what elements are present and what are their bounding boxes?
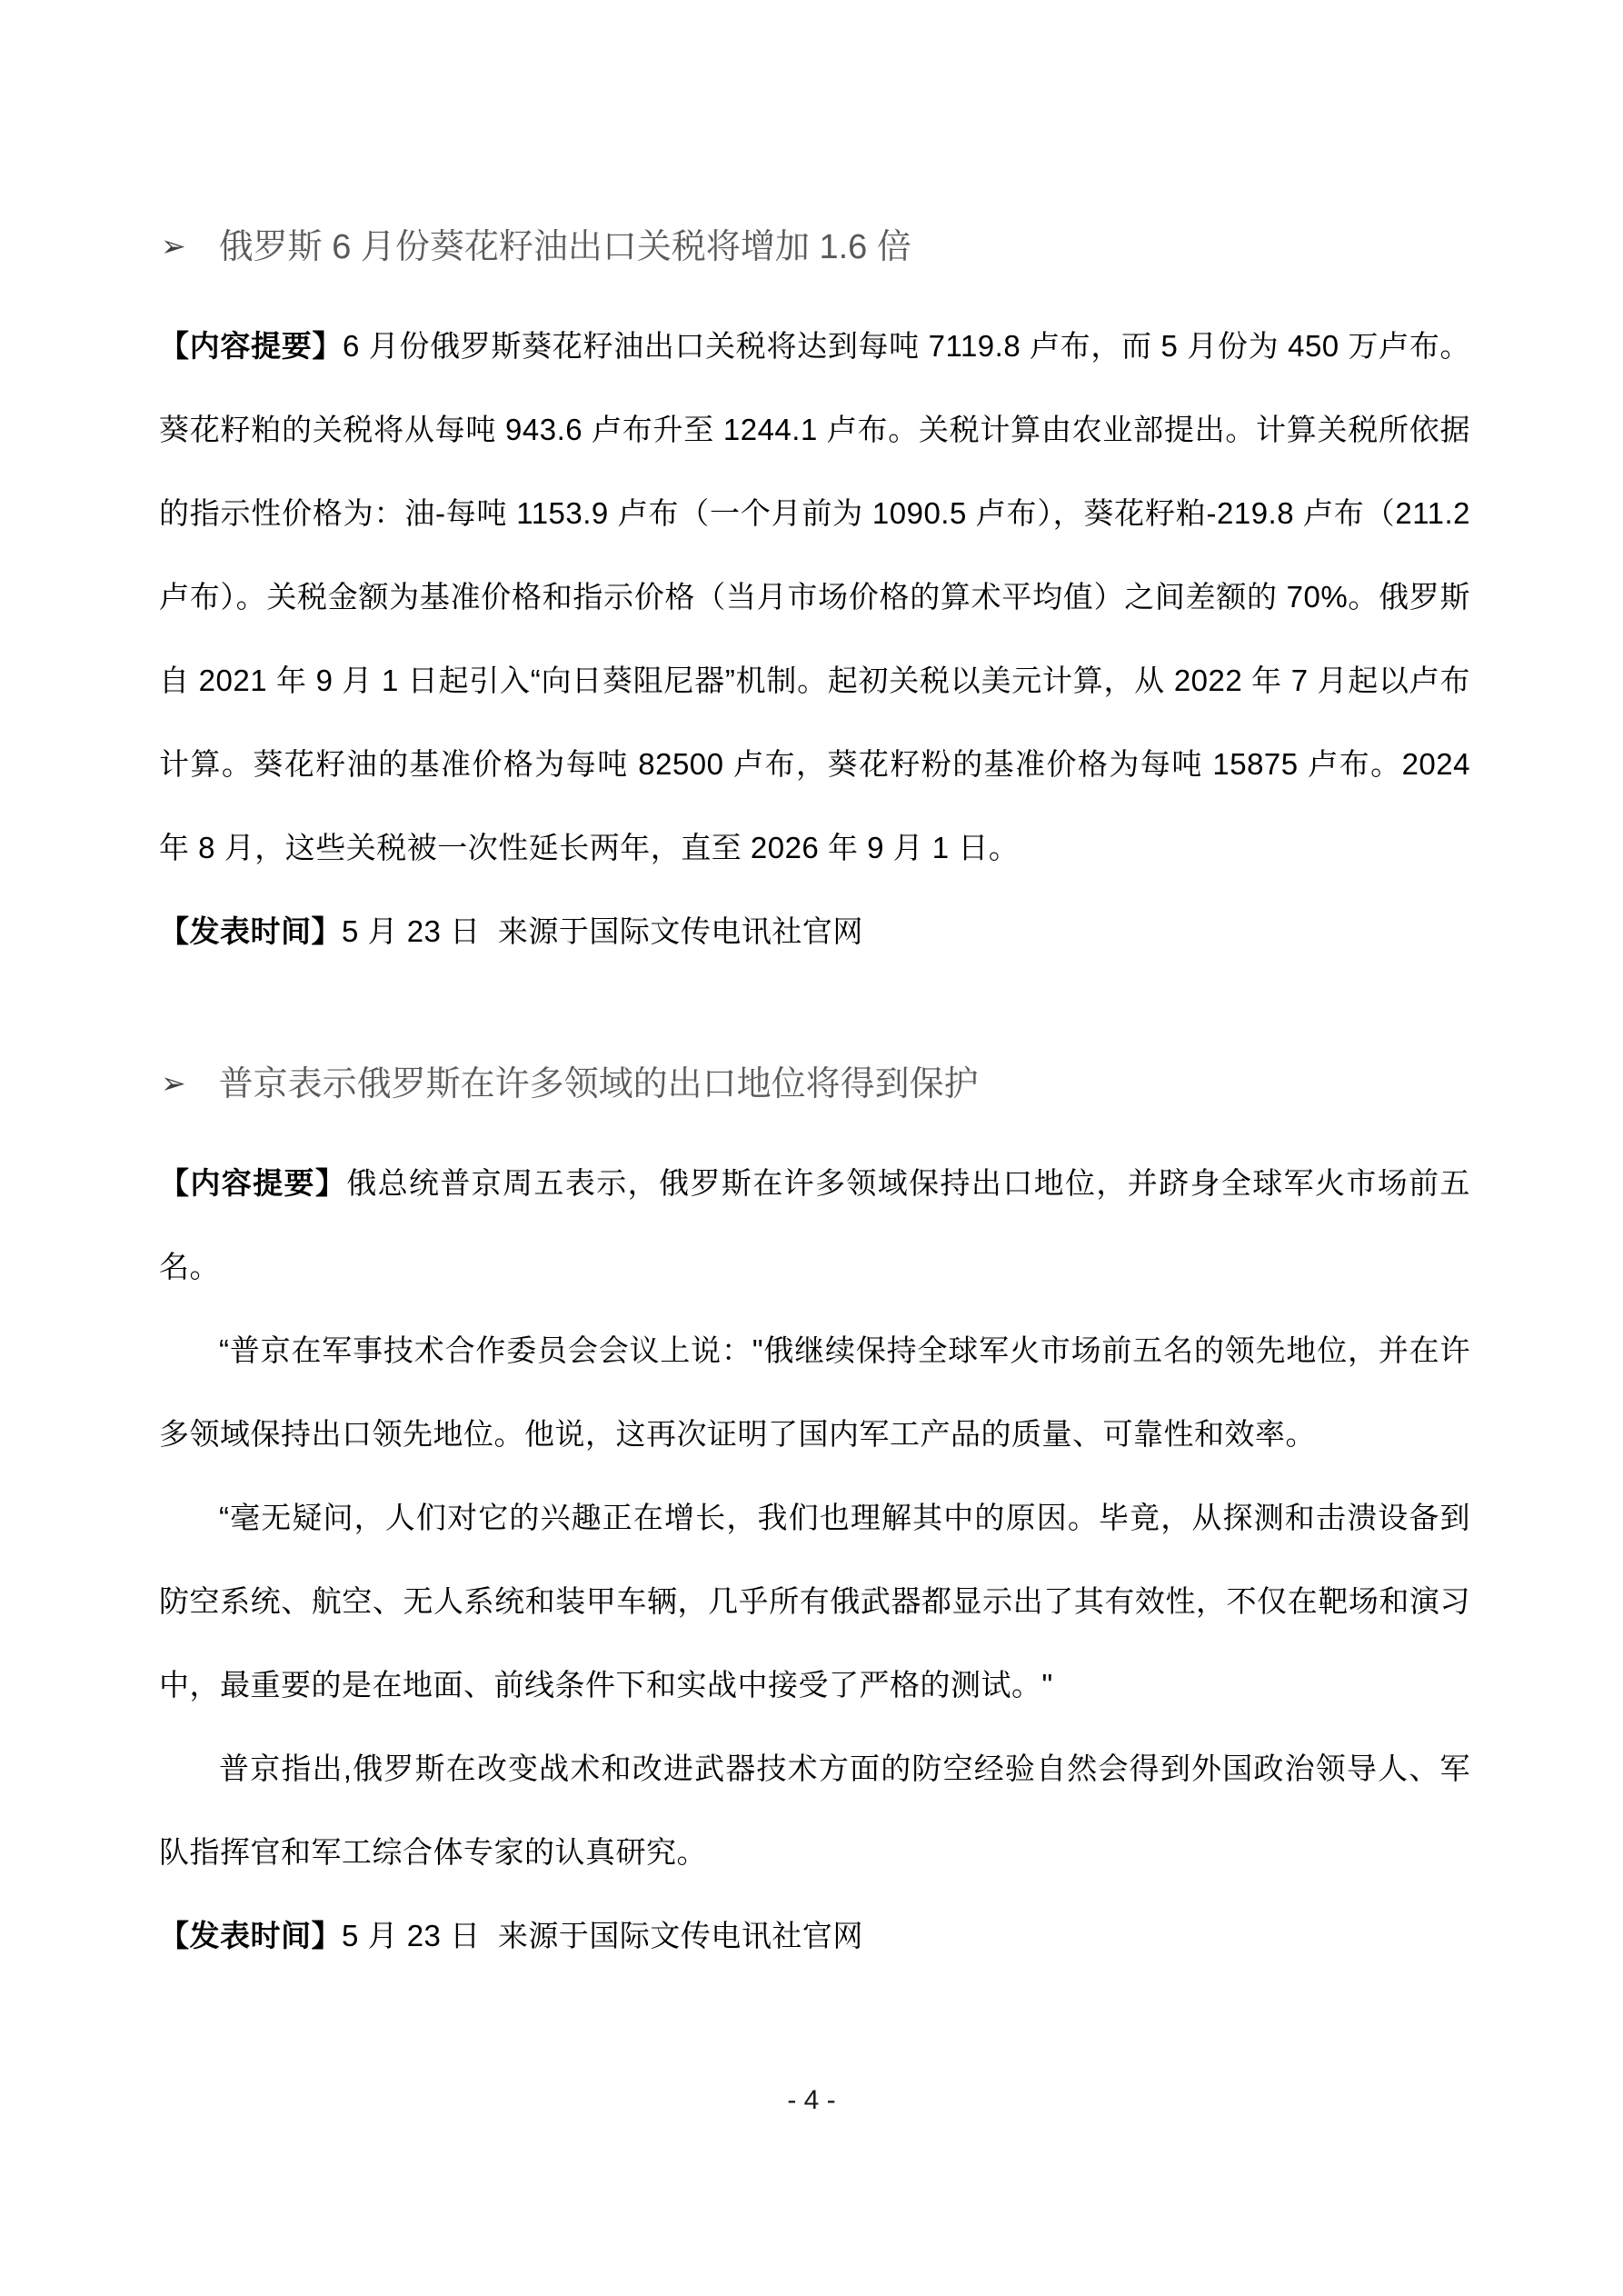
summary-label: 【内容提要】: [159, 329, 343, 363]
publish-time-line: 【发表时间】5 月 23 日 来源于国际文传电讯社官网: [159, 1894, 1470, 1978]
section-heading-text: 普京表示俄罗斯在许多领域的出口地位将得到保护: [219, 1061, 979, 1108]
section-heading-text: 俄罗斯 6 月份葵花籽油出口关税将增加 1.6 倍: [219, 224, 911, 271]
summary-text: 俄总统普京周五表示，俄罗斯在许多领域保持出口地位，并跻身全球军火市场前五名。: [159, 1166, 1470, 1283]
arrowhead-bullet-icon: ➢: [161, 223, 186, 270]
section-heading: ➢ 普京表示俄罗斯在许多领域的出口地位将得到保护: [161, 1061, 1470, 1109]
summary-text: 6 月份俄罗斯葵花籽油出口关税将达到每吨 7119.8 卢布，而 5 月份为 4…: [159, 329, 1470, 864]
body-paragraph: “普京在军事技术合作委员会会议上说："俄继续保持全球军火市场前五名的领先地位，并…: [159, 1309, 1470, 1476]
publish-time-label: 【发表时间】: [159, 914, 342, 948]
publish-time-label: 【发表时间】: [159, 1919, 342, 1952]
section-body: 【内容提要】6 月份俄罗斯葵花籽油出口关税将达到每吨 7119.8 卢布，而 5…: [159, 304, 1470, 973]
publish-time-text: 5 月 23 日 来源于国际文传电讯社官网: [342, 1919, 863, 1952]
news-section-1: ➢ 俄罗斯 6 月份葵花籽油出口关税将增加 1.6 倍 【内容提要】6 月份俄罗…: [159, 224, 1470, 973]
body-paragraph: “毫无疑问，人们对它的兴趣正在增长，我们也理解其中的原因。毕竟，从探测和击溃设备…: [159, 1476, 1470, 1727]
summary-paragraph: 【内容提要】6 月份俄罗斯葵花籽油出口关税将达到每吨 7119.8 卢布，而 5…: [159, 304, 1470, 890]
news-section-2: ➢ 普京表示俄罗斯在许多领域的出口地位将得到保护 【内容提要】俄总统普京周五表示…: [159, 1061, 1470, 1978]
page-number: - 4 -: [0, 2085, 1623, 2116]
summary-paragraph: 【内容提要】俄总统普京周五表示，俄罗斯在许多领域保持出口地位，并跻身全球军火市场…: [159, 1142, 1470, 1309]
section-heading: ➢ 俄罗斯 6 月份葵花籽油出口关税将增加 1.6 倍: [161, 224, 1470, 272]
summary-label: 【内容提要】: [159, 1166, 346, 1200]
arrowhead-bullet-icon: ➢: [161, 1060, 186, 1107]
publish-time-line: 【发表时间】5 月 23 日 来源于国际文传电讯社官网: [159, 890, 1470, 973]
publish-time-text: 5 月 23 日 来源于国际文传电讯社官网: [342, 914, 863, 948]
document-page: ➢ 俄罗斯 6 月份葵花籽油出口关税将增加 1.6 倍 【内容提要】6 月份俄罗…: [0, 0, 1623, 2296]
section-body: 【内容提要】俄总统普京周五表示，俄罗斯在许多领域保持出口地位，并跻身全球军火市场…: [159, 1142, 1470, 1978]
body-paragraph: 普京指出,俄罗斯在改变战术和改进武器技术方面的防空经验自然会得到外国政治领导人、…: [159, 1727, 1470, 1894]
